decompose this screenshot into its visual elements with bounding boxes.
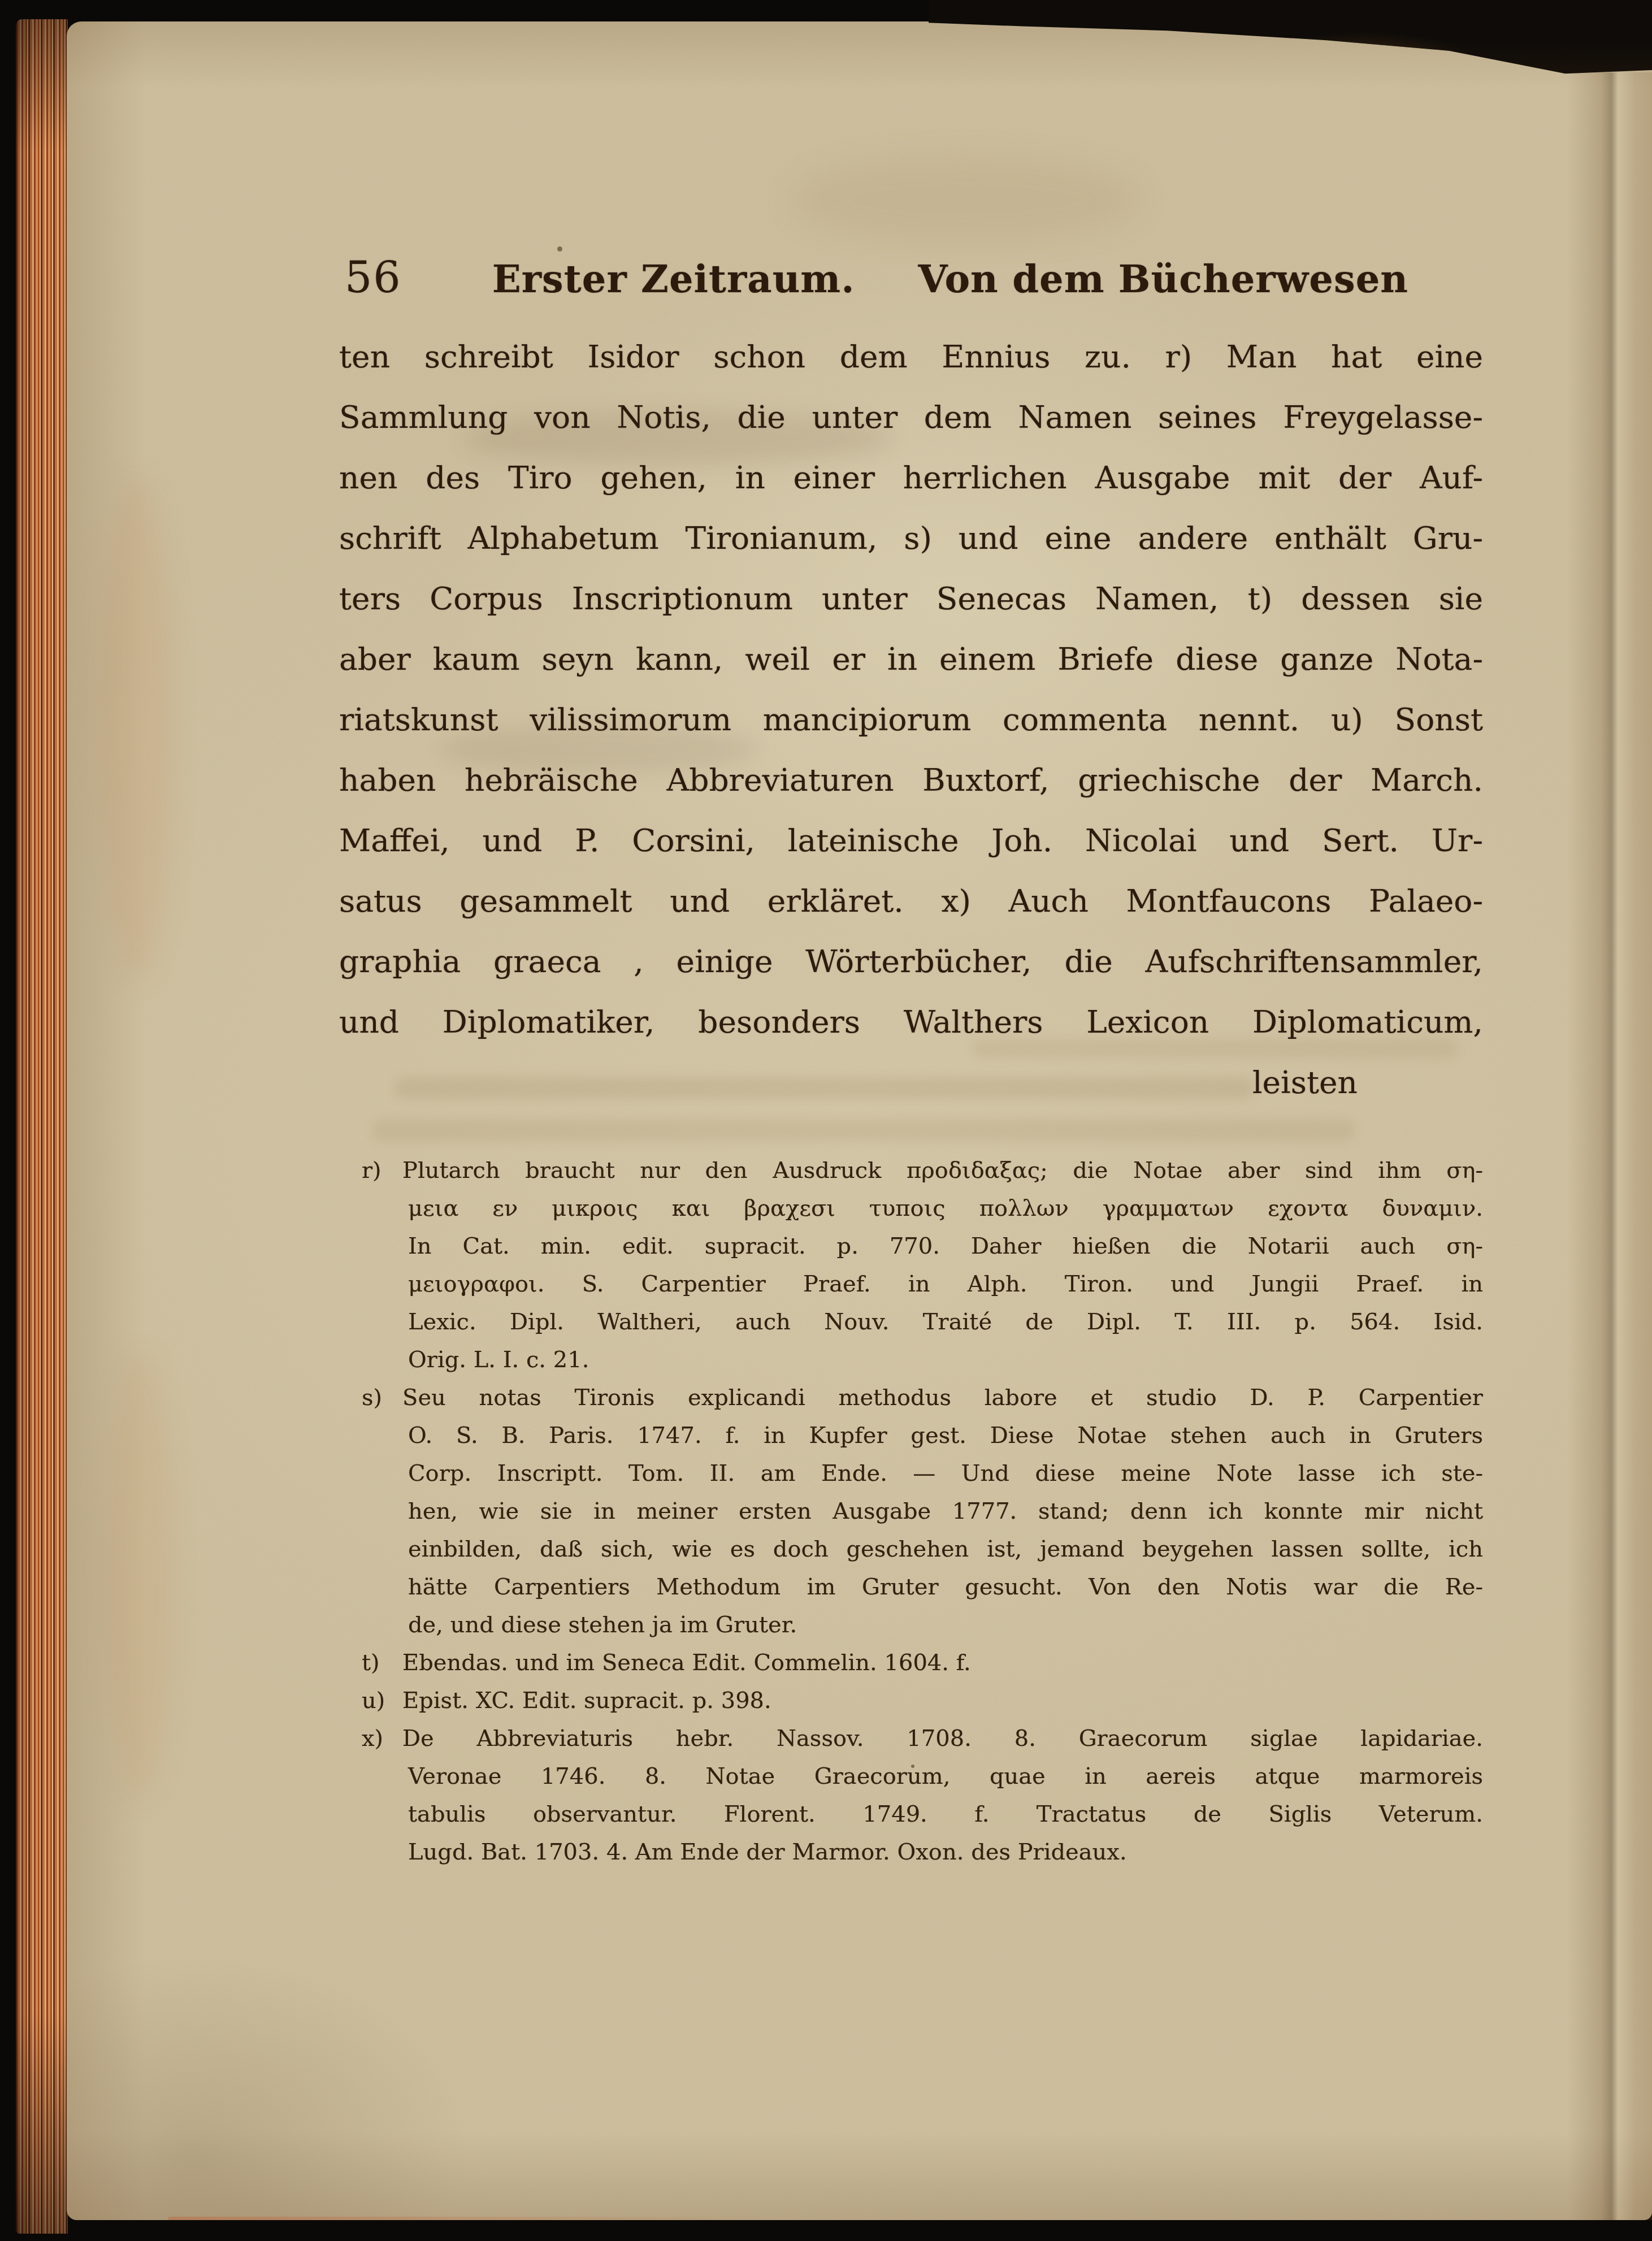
footnote-line: O. S. B. Paris. 1747. f. in Kupfer gest.… — [408, 1417, 1483, 1455]
footnote-text: Epist. XC. Edit. supracit. p. 398. — [402, 1688, 771, 1714]
page-edge-stack — [16, 19, 68, 2234]
foxing-speck — [557, 246, 562, 252]
footnote-text: De Abbreviaturis hebr. Nassov. 1708. 8. … — [402, 1726, 1483, 1752]
header-chapter-title: Erster Zeitraum. — [492, 257, 855, 301]
show-through — [372, 1119, 1355, 1142]
footnote-line: s)Seu notas Tironis explicandi methodus … — [362, 1379, 1483, 1417]
footnote: x)De Abbreviaturis hebr. Nassov. 1708. 8… — [362, 1720, 1483, 1871]
text-line: riatskunst vilissimorum mancipiorum comm… — [339, 690, 1483, 750]
running-header: 56 Erster Zeitraum. Von dem Bücherwesen — [345, 252, 1486, 302]
footnote-line: Lugd. Bat. 1703. 4. Am Ende der Marmor. … — [408, 1833, 1483, 1871]
footnote-line: r)Plutarch braucht nur den Ausdruck προδ… — [362, 1152, 1483, 1190]
text-line: graphia graeca , einige Wörterbücher, di… — [339, 931, 1483, 992]
footnotes: r)Plutarch braucht nur den Ausdruck προδ… — [362, 1152, 1483, 1871]
text-line: und Diplomatiker, besonders Walthers Lex… — [339, 992, 1483, 1052]
footnote-line: einbilden, daß sich, wie es doch gescheh… — [408, 1531, 1483, 1568]
book-page: 56 Erster Zeitraum. Von dem Bücherwesen … — [67, 21, 1652, 2220]
footnote-line: hen, wie sie in meiner ersten Ausgabe 17… — [408, 1493, 1483, 1531]
footnote-text: Seu notas Tironis explicandi methodus la… — [402, 1385, 1483, 1411]
footnote-line: u)Epist. XC. Edit. supracit. p. 398. — [362, 1682, 1483, 1720]
footnote-line: μειογραφοι. S. Carpentier Praef. in Alph… — [408, 1265, 1483, 1303]
gutter-shadow — [1567, 72, 1652, 2220]
footnote-line: hätte Carpentiers Methodum im Gruter ges… — [408, 1568, 1483, 1606]
footnote-marker: u) — [362, 1682, 402, 1720]
footnote-text: Plutarch braucht nur den Ausdruck προδιδ… — [402, 1158, 1483, 1184]
footnote-line: μεια εν μικροις και βραχεσι τυποις πολλω… — [408, 1190, 1483, 1228]
text-line: schrift Alphabetum Tironianum, s) und ei… — [339, 508, 1483, 569]
footnote-marker: s) — [362, 1379, 402, 1417]
footnote-line: Veronae 1746. 8. Notae Graecorum, quae i… — [408, 1758, 1483, 1796]
footnote-marker: x) — [362, 1720, 402, 1758]
paper-stain — [790, 157, 1141, 242]
footnote-line: Orig. L. I. c. 21. — [408, 1341, 1483, 1379]
text-line: ten schreibt Isidor schon dem Ennius zu.… — [339, 327, 1483, 387]
main-text: ten schreibt Isidor schon dem Ennius zu.… — [339, 327, 1483, 1113]
footnote-line: x)De Abbreviaturis hebr. Nassov. 1708. 8… — [362, 1720, 1483, 1758]
footnote: t)Ebendas. und im Seneca Edit. Commelin.… — [362, 1644, 1483, 1682]
page-number: 56 — [345, 252, 402, 302]
footnote: u)Epist. XC. Edit. supracit. p. 398. — [362, 1682, 1483, 1720]
footnote-line: tabulis observantur. Florent. 1749. f. T… — [408, 1796, 1483, 1833]
header-section-title: Von dem Bücherwesen — [918, 257, 1408, 301]
footnote-marker: r) — [362, 1152, 402, 1190]
paper-stain — [101, 474, 174, 982]
footnote-line: Lexic. Dipl. Waltheri, auch Nouv. Traité… — [408, 1303, 1483, 1341]
footnote: r)Plutarch braucht nur den Ausdruck προδ… — [362, 1152, 1483, 1379]
footnote: s)Seu notas Tironis explicandi methodus … — [362, 1379, 1483, 1644]
text-line: satus gesammelt und erkläret. x) Auch Mo… — [339, 871, 1483, 931]
footnote-marker: t) — [362, 1644, 402, 1682]
text-line: haben hebräische Abbreviaturen Buxtorf, … — [339, 750, 1483, 810]
footnote-line: Corp. Inscriptt. Tom. II. am Ende. — Und… — [408, 1455, 1483, 1493]
footnote-line: de, und diese stehen ja im Gruter. — [408, 1606, 1483, 1644]
text-line: aber kaum seyn kann, weil er in einem Br… — [339, 629, 1483, 690]
text-line: Maffei, und P. Corsini, lateinische Joh.… — [339, 810, 1483, 871]
text-line: ters Corpus Inscriptionum unter Senecas … — [339, 569, 1483, 629]
paper-stain — [106, 1350, 174, 1802]
footnote-text: Ebendas. und im Seneca Edit. Commelin. 1… — [402, 1650, 971, 1676]
catchword: leisten — [339, 1052, 1483, 1113]
text-line: nen des Tiro gehen, in einer herrlichen … — [339, 448, 1483, 508]
text-line: Sammlung von Notis, die unter dem Namen … — [339, 387, 1483, 448]
book-scan-background: 56 Erster Zeitraum. Von dem Bücherwesen … — [0, 0, 1652, 2241]
footnote-line: In Cat. min. edit. supracit. p. 770. Dah… — [408, 1228, 1483, 1265]
footnote-line: t)Ebendas. und im Seneca Edit. Commelin.… — [362, 1644, 1483, 1682]
